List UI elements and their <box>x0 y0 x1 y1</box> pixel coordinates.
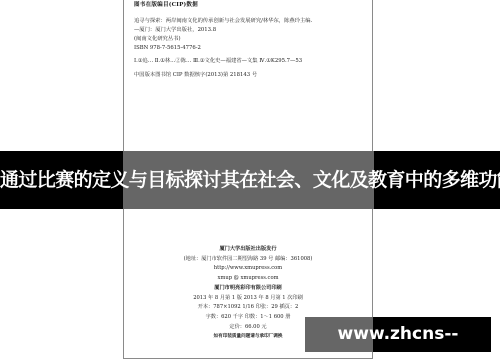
colophon-website: http://www.xmupress.com <box>124 265 372 271</box>
watermark-banner: www.zhcns--pa.com <box>305 317 491 352</box>
colophon-email: xmup @ xmupress.com <box>124 275 372 281</box>
cip-title-line: 追寻与探索：两岸闽南文化的传承创新与社会发展研究/林华东，陈燕玲主编. <box>134 18 369 24</box>
cip-publisher-line: —厦门：厦门大学出版社，2013.8 <box>134 27 369 33</box>
colophon-printer: 厦门市明亮彩印有限公司印刷 <box>124 285 372 291</box>
cip-isbn-line: ISBN 978-7-5615-4776-2 <box>134 45 369 51</box>
colophon-format: 开本：787×1092 1/16 印张：29 插页：2 <box>124 304 372 310</box>
banner-title: 通过比赛的定义与目标探讨其在社会、文化及教育中的多维功能与意义 <box>0 151 500 209</box>
cip-number-line: 中国版本图书馆 CIP 数据核字(2013)第 218143 号 <box>134 72 369 78</box>
colophon-publisher: 厦门大学出版社出版发行 <box>124 246 372 252</box>
colophon-edition: 2013 年 8 月第 1 版 2013 年 8 月第 1 次印刷 <box>124 295 372 301</box>
title-banner: 通过比赛的定义与目标探讨其在社会、文化及教育中的多维功能与意义 <box>0 151 500 209</box>
cip-series-line: (闽南文化研究丛书) <box>134 36 369 42</box>
colophon-address: (地址：厦门市软件园二期望海路 39 号 邮编：361008) <box>124 256 372 262</box>
cip-heading: 图书在版编目(CIP)数据 <box>134 2 369 9</box>
watermark-text: www.zhcns--pa.com <box>305 317 491 352</box>
cip-classification-line: Ⅰ.①追… Ⅱ.①林…②陈… Ⅲ.①文化史—福建省—文集 Ⅳ.①K295.7—5… <box>134 58 369 64</box>
cip-data-block: 图书在版编目(CIP)数据 追寻与探索：两岸闽南文化的传承创新与社会发展研究/林… <box>134 2 369 81</box>
